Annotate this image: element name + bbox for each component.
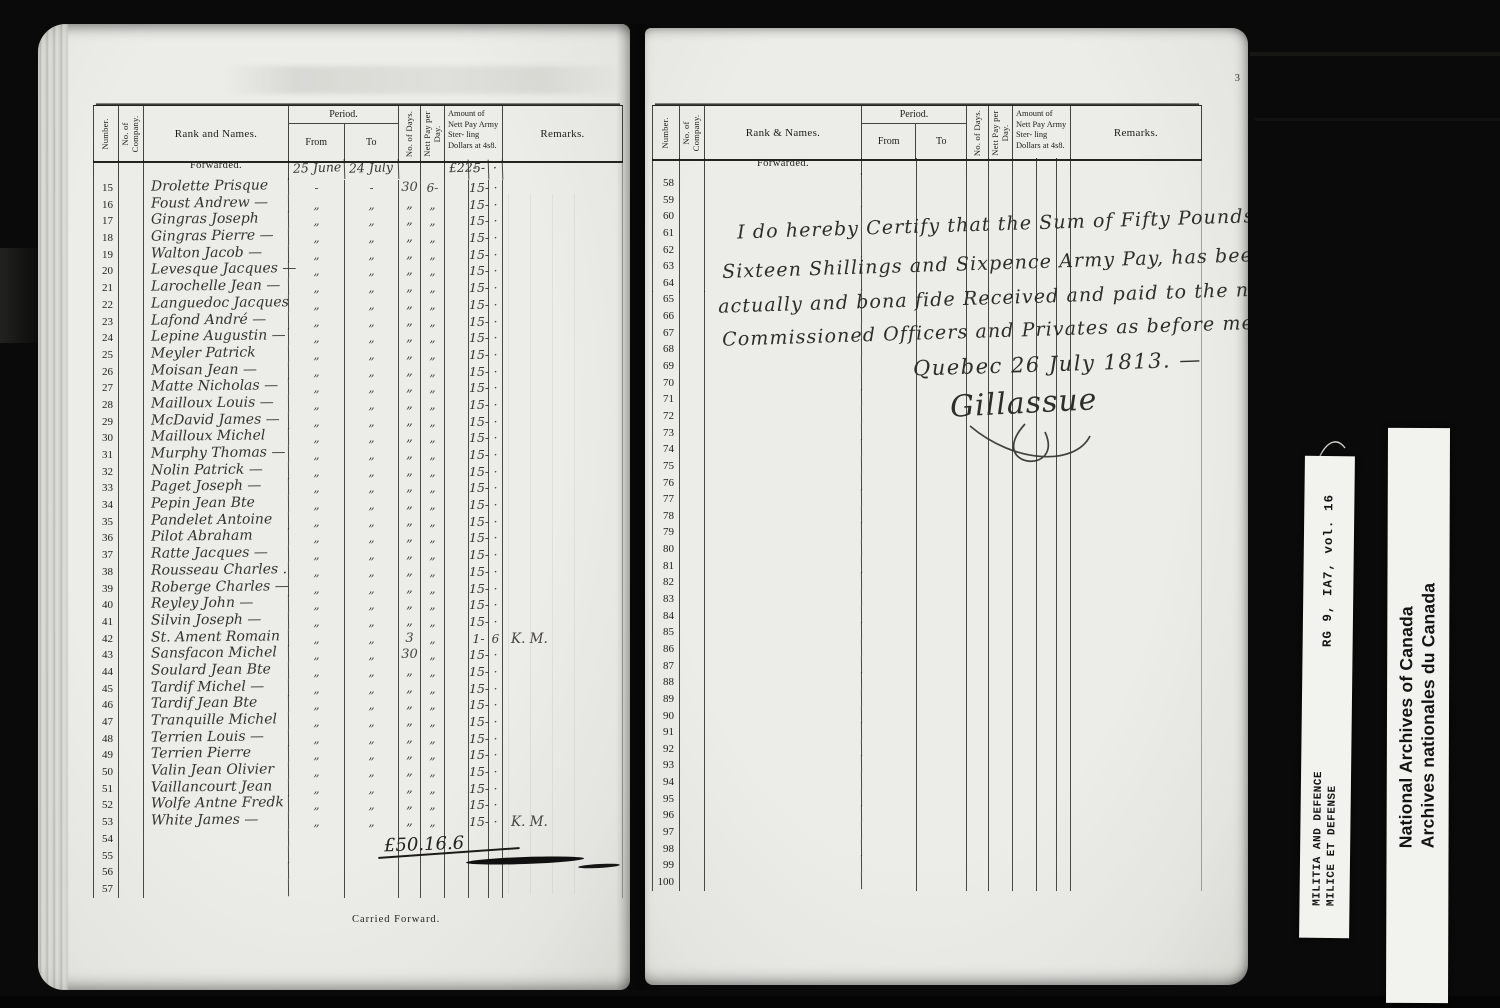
period-to: „ [345, 781, 399, 798]
row-number: 15 [93, 180, 119, 197]
amount-pounds [445, 347, 469, 364]
table-header-left: Number. No. of Company. Rank and Names. … [93, 105, 623, 163]
amount-pounds [445, 397, 469, 414]
amount-shillings: 15- [469, 664, 489, 681]
row-number: 95 [652, 791, 680, 808]
row-number: 70 [652, 375, 680, 392]
forwarded-to-cell [917, 158, 967, 175]
company-cell [680, 774, 705, 791]
rate-value: „ [421, 297, 445, 314]
amount-pence: · [489, 464, 503, 481]
remark-value [503, 664, 623, 681]
rate-value [989, 774, 1013, 791]
remark-value [503, 731, 623, 748]
name-entry [705, 855, 862, 873]
ledger-row: 24Lepine Augustin —„„„„15-· [93, 330, 623, 347]
amount-pounds [1013, 541, 1037, 558]
institution-label: National Archives of CanadaArchives nati… [1396, 583, 1441, 849]
remark-value [1071, 824, 1202, 841]
days-value: „ [399, 330, 421, 347]
rate-value [989, 524, 1013, 541]
remark-value [503, 497, 623, 514]
remark-value: K. M. [503, 631, 623, 648]
ledger-row: 100 [652, 874, 1202, 891]
days-value [967, 658, 989, 675]
amount-pence [1057, 691, 1071, 708]
company-cell [119, 530, 144, 547]
days-value [967, 874, 989, 891]
amount-pounds [445, 731, 469, 748]
amount-pence: · [489, 314, 503, 331]
days-value [967, 608, 989, 625]
remark-value [503, 180, 623, 197]
ledger-row: 91 [652, 724, 1202, 741]
company-cell [119, 330, 144, 347]
name-entry: Lepine Augustin — [144, 328, 289, 346]
remark-value [503, 297, 623, 314]
rate-value [989, 724, 1013, 741]
days-value: „ [399, 314, 421, 331]
rate-value [989, 558, 1013, 575]
period-from [289, 831, 345, 848]
ledger-row: 43Sansfacon Michel„„30„15-· [93, 647, 623, 664]
company-cell [119, 814, 144, 831]
period-from: „ [289, 597, 345, 614]
row-number: 92 [652, 741, 680, 758]
row-number: 62 [652, 242, 680, 259]
name-entry [705, 822, 862, 840]
company-cell [680, 608, 705, 625]
row-number: 39 [93, 581, 119, 598]
name-entry [705, 456, 862, 474]
amount-shillings [1037, 841, 1057, 858]
days-value: „ [399, 230, 421, 247]
name-entry [705, 722, 862, 740]
amount-shillings: 15- [469, 547, 489, 564]
ledger-row: 38Rousseau Charles .„„„„15-· [93, 564, 623, 581]
days-value: „ [399, 430, 421, 447]
period-from [862, 175, 917, 192]
amount-shillings [1037, 874, 1057, 891]
amount-shillings: 15- [469, 297, 489, 314]
name-entry [705, 473, 862, 491]
ledger-row: 78 [652, 508, 1202, 525]
company-cell [680, 874, 705, 891]
amount-shillings: 15- [469, 280, 489, 297]
name-entry [705, 672, 862, 690]
row-number: 47 [93, 714, 119, 731]
amount-pence [1057, 741, 1071, 758]
period-label: Period. [862, 106, 966, 124]
company-cell [119, 314, 144, 331]
period-from: „ [289, 530, 345, 547]
ledger-row: 77 [652, 491, 1202, 508]
company-cell [680, 192, 705, 209]
amount-shillings: 15- [469, 364, 489, 381]
company-cell [680, 741, 705, 758]
remark-value [1071, 574, 1202, 591]
period-to: „ [345, 530, 399, 547]
amount-shillings: 15- [469, 797, 489, 814]
amount-shillings: 15- [469, 781, 489, 798]
rate-value [989, 541, 1013, 558]
amount-pounds [1013, 791, 1037, 808]
rate-value [989, 491, 1013, 508]
remark-value [503, 597, 623, 614]
rate-value: „ [421, 314, 445, 331]
period-to [917, 574, 967, 591]
amount-shillings [1037, 708, 1057, 725]
days-value [967, 624, 989, 641]
amount-shillings: 15- [469, 697, 489, 714]
row-number: 85 [652, 624, 680, 641]
period-from [862, 857, 917, 874]
archive-strip-institution: National Archives of CanadaArchives nati… [1386, 428, 1450, 1003]
row-number: 72 [652, 408, 680, 425]
amount-pounds [445, 480, 469, 497]
company-cell [680, 441, 705, 458]
rate-value [421, 864, 445, 881]
amount-shillings [1037, 608, 1057, 625]
company-cell [680, 391, 705, 408]
days-value [967, 192, 989, 209]
period-from [862, 491, 917, 508]
amount-pence: · [489, 514, 503, 531]
period-from [862, 841, 917, 858]
ledger-page-right: Number. No. of Company. Rank & Names. Pe… [645, 28, 1248, 985]
amount-pence: · [489, 447, 503, 464]
col-header-rank-names-label: Rank and Names. [175, 128, 257, 140]
amount-shillings [469, 864, 489, 881]
company-cell [680, 558, 705, 575]
company-cell [680, 508, 705, 525]
rate-value: „ [421, 430, 445, 447]
period-to: „ [345, 764, 399, 781]
forwarded-days-cell [967, 158, 989, 175]
company-cell [119, 664, 144, 681]
row-number: 81 [652, 558, 680, 575]
period-to: „ [345, 597, 399, 614]
amount-pounds [445, 414, 469, 431]
amount-pounds [445, 464, 469, 481]
ledger-row: 87 [652, 658, 1202, 675]
row-number: 19 [93, 247, 119, 264]
remark-value [503, 781, 623, 798]
remark-value [1071, 691, 1202, 708]
remark-value [503, 530, 623, 547]
amount-pence [1057, 774, 1071, 791]
amount-shillings [1037, 524, 1057, 541]
amount-shillings [1037, 724, 1057, 741]
remark-value [503, 747, 623, 764]
rate-value [989, 591, 1013, 608]
row-number: 20 [93, 263, 119, 280]
scan-streak [1250, 52, 1500, 56]
remark-value [1071, 624, 1202, 641]
period-from [862, 608, 917, 625]
name-entry [705, 523, 862, 541]
period-from [862, 425, 917, 442]
company-cell [119, 480, 144, 497]
days-value [967, 641, 989, 658]
rate-value: „ [421, 263, 445, 280]
col-header-days: No. of Days. [967, 106, 989, 159]
amount-shillings [1037, 791, 1057, 808]
col-header-number: Number. [652, 106, 680, 159]
row-number: 66 [652, 308, 680, 325]
amount-pence: · [489, 380, 503, 397]
amount-shillings [1037, 558, 1057, 575]
period-to: „ [345, 447, 399, 464]
days-value: „ [399, 347, 421, 364]
col-header-number-label: Number. [101, 108, 111, 160]
name-entry [705, 373, 862, 391]
forwarded-shillings: 5- [469, 160, 490, 181]
row-number: 17 [93, 213, 119, 230]
days-value: „ [399, 564, 421, 581]
row-number: 22 [93, 297, 119, 314]
rate-value: „ [421, 364, 445, 381]
row-number: 36 [93, 530, 119, 547]
rate-value: „ [421, 731, 445, 748]
company-cell [680, 841, 705, 858]
row-number: 56 [93, 864, 119, 881]
amount-pence [1057, 841, 1071, 858]
rate-value: „ [421, 380, 445, 397]
row-number: 93 [652, 757, 680, 774]
rate-value [989, 674, 1013, 691]
rate-value: „ [421, 213, 445, 230]
name-entry [705, 772, 862, 790]
amount-shillings: 15- [469, 480, 489, 497]
amount-pence [1057, 857, 1071, 874]
days-value [967, 757, 989, 774]
remark-value [503, 314, 623, 331]
ledger-row: 89 [652, 691, 1202, 708]
amount-pounds [445, 263, 469, 280]
days-value: „ [399, 731, 421, 748]
company-cell [680, 208, 705, 225]
company-cell [119, 397, 144, 414]
name-entry [705, 756, 862, 774]
company-cell [680, 541, 705, 558]
period-from: „ [289, 230, 345, 247]
rate-value: „ [421, 664, 445, 681]
name-entry [705, 656, 862, 674]
row-number: 18 [93, 230, 119, 247]
company-cell [680, 225, 705, 242]
period-from [862, 658, 917, 675]
period-from: „ [289, 797, 345, 814]
amount-shillings [1037, 857, 1057, 874]
period-from [862, 391, 917, 408]
period-to [917, 658, 967, 675]
days-value [967, 774, 989, 791]
amount-pence: · [489, 230, 503, 247]
period-to: „ [345, 581, 399, 598]
ledger-row: 99 [652, 857, 1202, 874]
row-number: 63 [652, 258, 680, 275]
remark-value [503, 831, 623, 848]
rate-value [989, 874, 1013, 891]
remark-value [1071, 708, 1202, 725]
row-number: 43 [93, 647, 119, 664]
company-cell [680, 375, 705, 392]
name-entry [705, 406, 862, 424]
period-from: „ [289, 364, 345, 381]
department-label: MILITIA AND DEFENCEMILICE ET DEFENSE [1310, 771, 1340, 906]
name-entry: Languedoc Jacques [144, 295, 289, 313]
days-value: „ [399, 747, 421, 764]
rate-value [989, 757, 1013, 774]
period-to [917, 541, 967, 558]
remark-value [503, 614, 623, 631]
days-value: „ [399, 714, 421, 731]
remark-value [1071, 674, 1202, 691]
period-to [917, 874, 967, 891]
company-cell [680, 524, 705, 541]
period-to [917, 841, 967, 858]
row-number: 21 [93, 280, 119, 297]
name-entry [144, 879, 289, 897]
ledger-row: 37Ratte Jacques —„„„„15-· [93, 547, 623, 564]
days-value [967, 807, 989, 824]
amount-pence: · [489, 814, 503, 831]
days-value: „ [399, 597, 421, 614]
rate-value [989, 708, 1013, 725]
remark-value [1071, 724, 1202, 741]
row-number: 100 [652, 874, 680, 891]
days-value: „ [399, 797, 421, 814]
department-label-fr: MILICE ET DEFENSE [1325, 785, 1338, 906]
amount-shillings [1037, 508, 1057, 525]
signature-flourish [940, 418, 1100, 468]
period-from: „ [289, 747, 345, 764]
period-from: „ [289, 213, 345, 230]
rate-value: „ [421, 697, 445, 714]
row-number: 98 [652, 841, 680, 858]
ledger-row: 80 [652, 541, 1202, 558]
col-header-period: Period. From To [862, 106, 967, 159]
ledger-row: 94 [652, 774, 1202, 791]
days-value: „ [399, 697, 421, 714]
name-entry: Murphy Thomas — [144, 445, 289, 463]
days-value [967, 558, 989, 575]
amount-shillings: 15- [469, 380, 489, 397]
rate-value: „ [421, 197, 445, 214]
row-number: 60 [652, 208, 680, 225]
period-to: - [345, 180, 399, 197]
ledger-row: 85 [652, 624, 1202, 641]
period-from: „ [289, 430, 345, 447]
days-value [967, 724, 989, 741]
amount-pence: · [489, 731, 503, 748]
period-from: „ [289, 480, 345, 497]
period-from: „ [289, 297, 345, 314]
period-from: „ [289, 647, 345, 664]
period-to [917, 508, 967, 525]
rate-value: „ [421, 797, 445, 814]
rate-value [989, 791, 1013, 808]
company-cell [119, 747, 144, 764]
col-header-rank-names: Rank and Names. [144, 106, 289, 161]
remark-value [503, 464, 623, 481]
period-to [917, 491, 967, 508]
ledger-row: 50Valin Jean Olivier„„„„15-· [93, 764, 623, 781]
ledger-row: 21Larochelle Jean —„„„„15-· [93, 280, 623, 297]
company-cell [119, 247, 144, 264]
company-cell [119, 681, 144, 698]
name-entry [705, 390, 862, 408]
name-entry [705, 622, 862, 640]
amount-pounds [1013, 475, 1037, 492]
row-number: 52 [93, 797, 119, 814]
row-number: 16 [93, 197, 119, 214]
amount-pence: · [489, 764, 503, 781]
period-to: „ [345, 280, 399, 297]
company-cell [680, 708, 705, 725]
period-from [862, 458, 917, 475]
period-to-label: To [345, 124, 399, 161]
name-entry [144, 829, 289, 847]
company-cell [119, 714, 144, 731]
amount-pounds [1013, 658, 1037, 675]
remark-value [503, 647, 623, 664]
row-number: 40 [93, 597, 119, 614]
days-value: „ [399, 497, 421, 514]
rate-value: „ [421, 414, 445, 431]
days-value: 30 [399, 180, 421, 197]
days-value: „ [399, 280, 421, 297]
days-value: „ [399, 414, 421, 431]
amount-shillings: 15- [469, 647, 489, 664]
row-number: 96 [652, 807, 680, 824]
period-to [917, 774, 967, 791]
row-number: 54 [93, 831, 119, 848]
row-number: 51 [93, 781, 119, 798]
amount-pounds [445, 514, 469, 531]
amount-shillings: 15- [469, 597, 489, 614]
carried-forward-label: Carried Forward. [352, 914, 440, 925]
company-cell [119, 697, 144, 714]
period-from [862, 824, 917, 841]
amount-pounds [445, 564, 469, 581]
ledger-row: 72 [652, 408, 1202, 425]
amount-pence: · [489, 263, 503, 280]
period-to: „ [345, 547, 399, 564]
company-cell [680, 641, 705, 658]
period-from [862, 708, 917, 725]
remark-value [1071, 841, 1202, 858]
amount-pence [1057, 757, 1071, 774]
period-to: „ [345, 697, 399, 714]
company-cell [119, 614, 144, 631]
forwarded-number-cell [652, 158, 680, 175]
remark-value [503, 764, 623, 781]
col-header-period: Period. From To [289, 106, 399, 161]
forwarded-remarks-cell [1071, 158, 1202, 175]
company-cell [119, 597, 144, 614]
rate-value: „ [421, 547, 445, 564]
col-header-amount: Amount of Nett Pay Army Ster- ling Dolla… [445, 106, 503, 161]
days-value [967, 741, 989, 758]
remark-value [503, 347, 623, 364]
days-value: „ [399, 247, 421, 264]
company-cell [119, 497, 144, 514]
amount-pounds [1013, 574, 1037, 591]
period-to [917, 524, 967, 541]
col-header-remarks: Remarks. [503, 106, 623, 161]
